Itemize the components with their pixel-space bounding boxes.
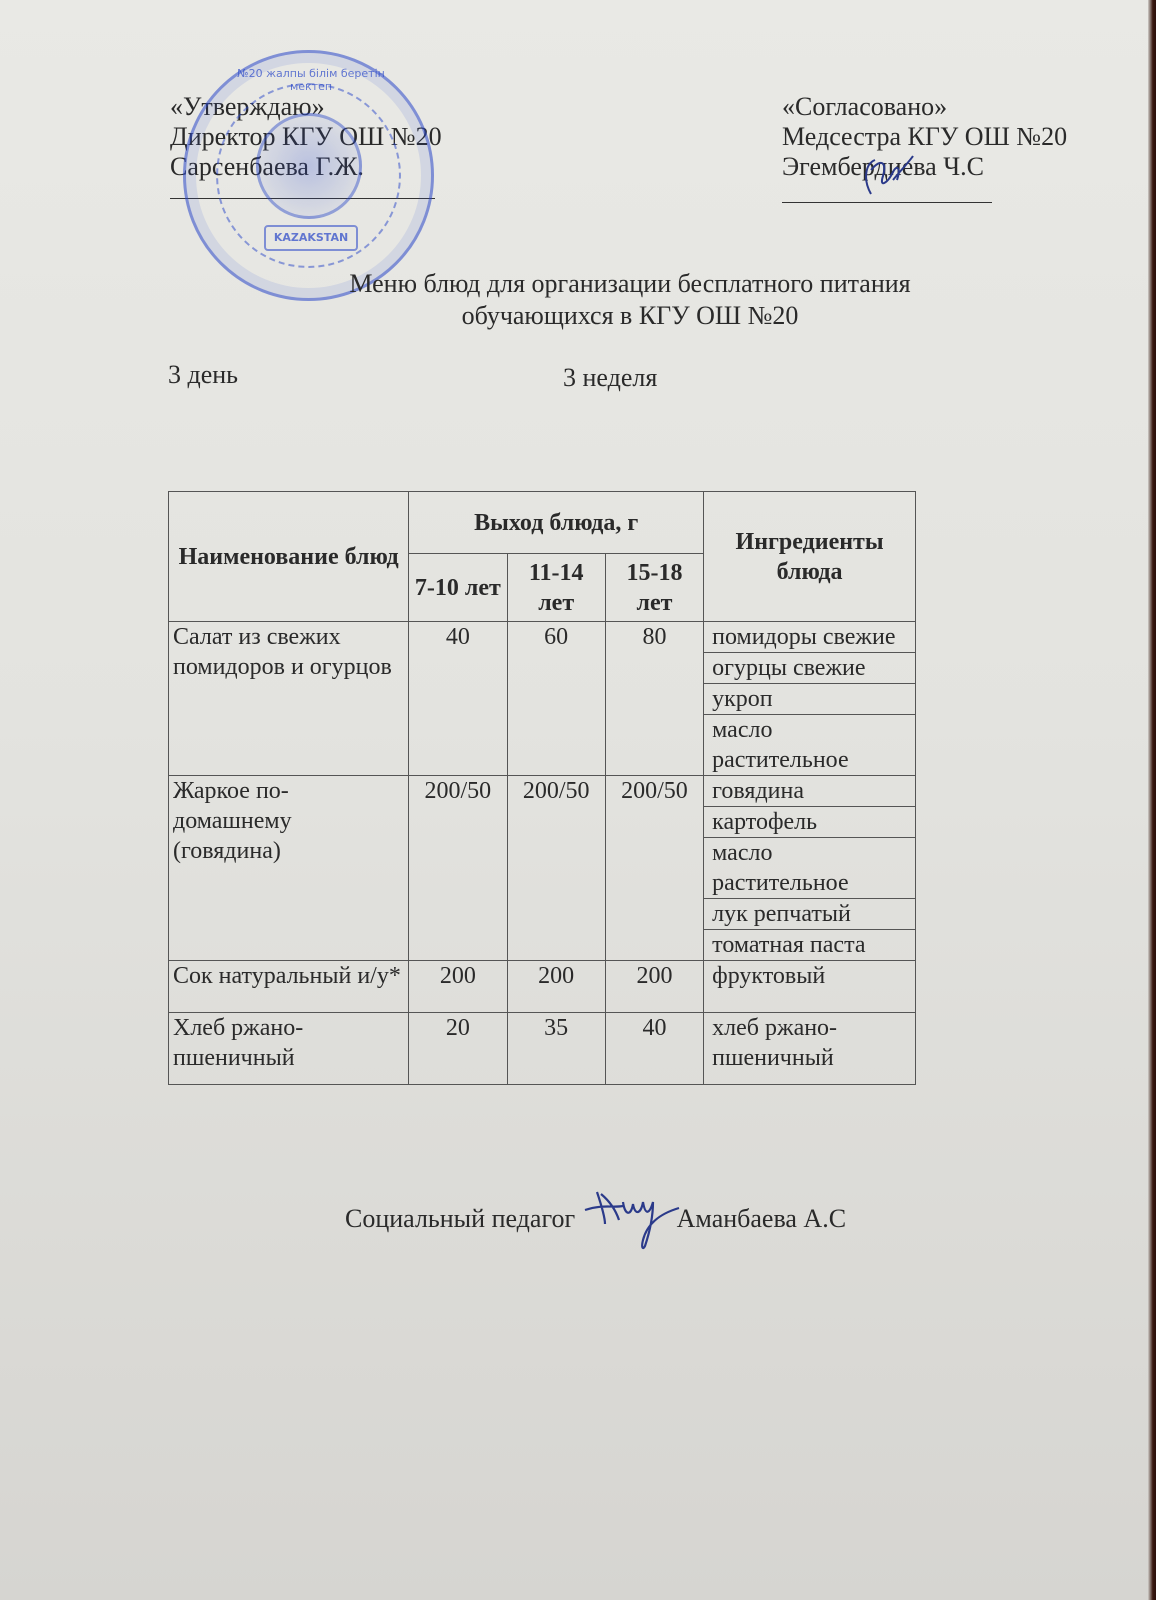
ingredient-item: томатная паста: [704, 929, 915, 960]
yield-value: 200: [507, 961, 605, 1013]
ingredients-cell: фруктовый: [704, 961, 916, 1013]
yield-value: 40: [409, 622, 507, 776]
footer-signature: Социальный педагог Аманбаева А.С: [345, 1204, 846, 1234]
approval-block: «Утверждаю» Директор КГУ ОШ №20 Сарсенба…: [170, 92, 442, 199]
nurse-signature-icon: [857, 150, 917, 202]
yield-value: 200: [605, 961, 703, 1013]
header-age-7-10: 7-10 лет: [409, 554, 507, 622]
menu-table: Наименование блюд Выход блюда, г Ингреди…: [168, 491, 916, 1085]
yield-value: 40: [605, 1013, 703, 1085]
ingredients-cell: хлеб ржано-пшеничный: [704, 1013, 916, 1085]
ingredients-cell: помидоры свежиеогурцы свежиеукропмасло р…: [704, 622, 916, 776]
yield-value: 200/50: [507, 776, 605, 961]
approval-position: Директор КГУ ОШ №20: [170, 122, 442, 152]
pedagogue-signature-icon: [583, 1184, 683, 1254]
title-line-1: Меню блюд для организации бесплатного пи…: [330, 268, 930, 300]
table-row: Сок натуральный и/у*200200200фруктовый: [169, 961, 916, 1013]
approval-heading: «Утверждаю»: [170, 92, 442, 122]
title-line-2: обучающихся в КГУ ОШ №20: [330, 300, 930, 332]
ingredient-item: хлеб ржано-пшеничный: [704, 1013, 915, 1073]
dish-name: Хлеб ржано-пшеничный: [169, 1013, 409, 1085]
yield-value: 200: [409, 961, 507, 1013]
ingredient-item: картофель: [704, 806, 915, 837]
ingredient-item: масло растительное: [704, 714, 915, 775]
agreement-signature-line: [782, 190, 992, 203]
header-age-15-18: 15-18 лет: [605, 554, 703, 622]
ingredient-item: помидоры свежие: [704, 622, 915, 652]
yield-value: 35: [507, 1013, 605, 1085]
agreement-name: Эгембердиева Ч.С: [782, 152, 1067, 182]
dish-name: Жаркое по-домашнему (говядина): [169, 776, 409, 961]
ingredient-item: укроп: [704, 683, 915, 714]
stamp-text: №20 жалпы білім беретін мектеп: [226, 67, 396, 93]
agreement-position: Медсестра КГУ ОШ №20: [782, 122, 1067, 152]
table-row: Жаркое по-домашнему (говядина)200/50200/…: [169, 776, 916, 961]
footer-name: Аманбаева А.С: [677, 1204, 846, 1234]
header-dish-name: Наименование блюд: [169, 492, 409, 622]
header-ingredients: Ингредиенты блюда: [704, 492, 916, 622]
approval-name: Сарсенбаева Г.Ж.: [170, 152, 442, 182]
dish-name: Салат из свежих помидоров и огурцов: [169, 622, 409, 776]
yield-value: 80: [605, 622, 703, 776]
header-age-11-14: 11-14 лет: [507, 554, 605, 622]
yield-value: 200/50: [409, 776, 507, 961]
footer-role: Социальный педагог: [345, 1204, 575, 1233]
yield-value: 20: [409, 1013, 507, 1085]
week-label: 3 неделя: [563, 363, 657, 393]
agreement-block: «Согласовано» Медсестра КГУ ОШ №20 Эгемб…: [782, 92, 1067, 203]
stamp-ribbon: KAZAKSTAN: [264, 225, 358, 251]
yield-value: 200/50: [605, 776, 703, 961]
page-edge-shadow: [1148, 0, 1156, 1600]
ingredient-item: фруктовый: [704, 961, 915, 991]
agreement-heading: «Согласовано»: [782, 92, 1067, 122]
ingredients-cell: говядинакартофельмасло растительноелук р…: [704, 776, 916, 961]
document-title: Меню блюд для организации бесплатного пи…: [330, 268, 930, 332]
dish-name: Сок натуральный и/у*: [169, 961, 409, 1013]
ingredient-item: огурцы свежие: [704, 652, 915, 683]
yield-value: 60: [507, 622, 605, 776]
table-row: Салат из свежих помидоров и огурцов40608…: [169, 622, 916, 776]
ingredient-item: говядина: [704, 776, 915, 806]
day-label: 3 день: [168, 360, 238, 390]
approval-signature-line: [170, 186, 435, 199]
header-yield: Выход блюда, г: [409, 492, 704, 554]
ingredient-item: масло растительное: [704, 837, 915, 898]
ingredient-item: лук репчатый: [704, 898, 915, 929]
table-row: Хлеб ржано-пшеничный203540хлеб ржано-пше…: [169, 1013, 916, 1085]
